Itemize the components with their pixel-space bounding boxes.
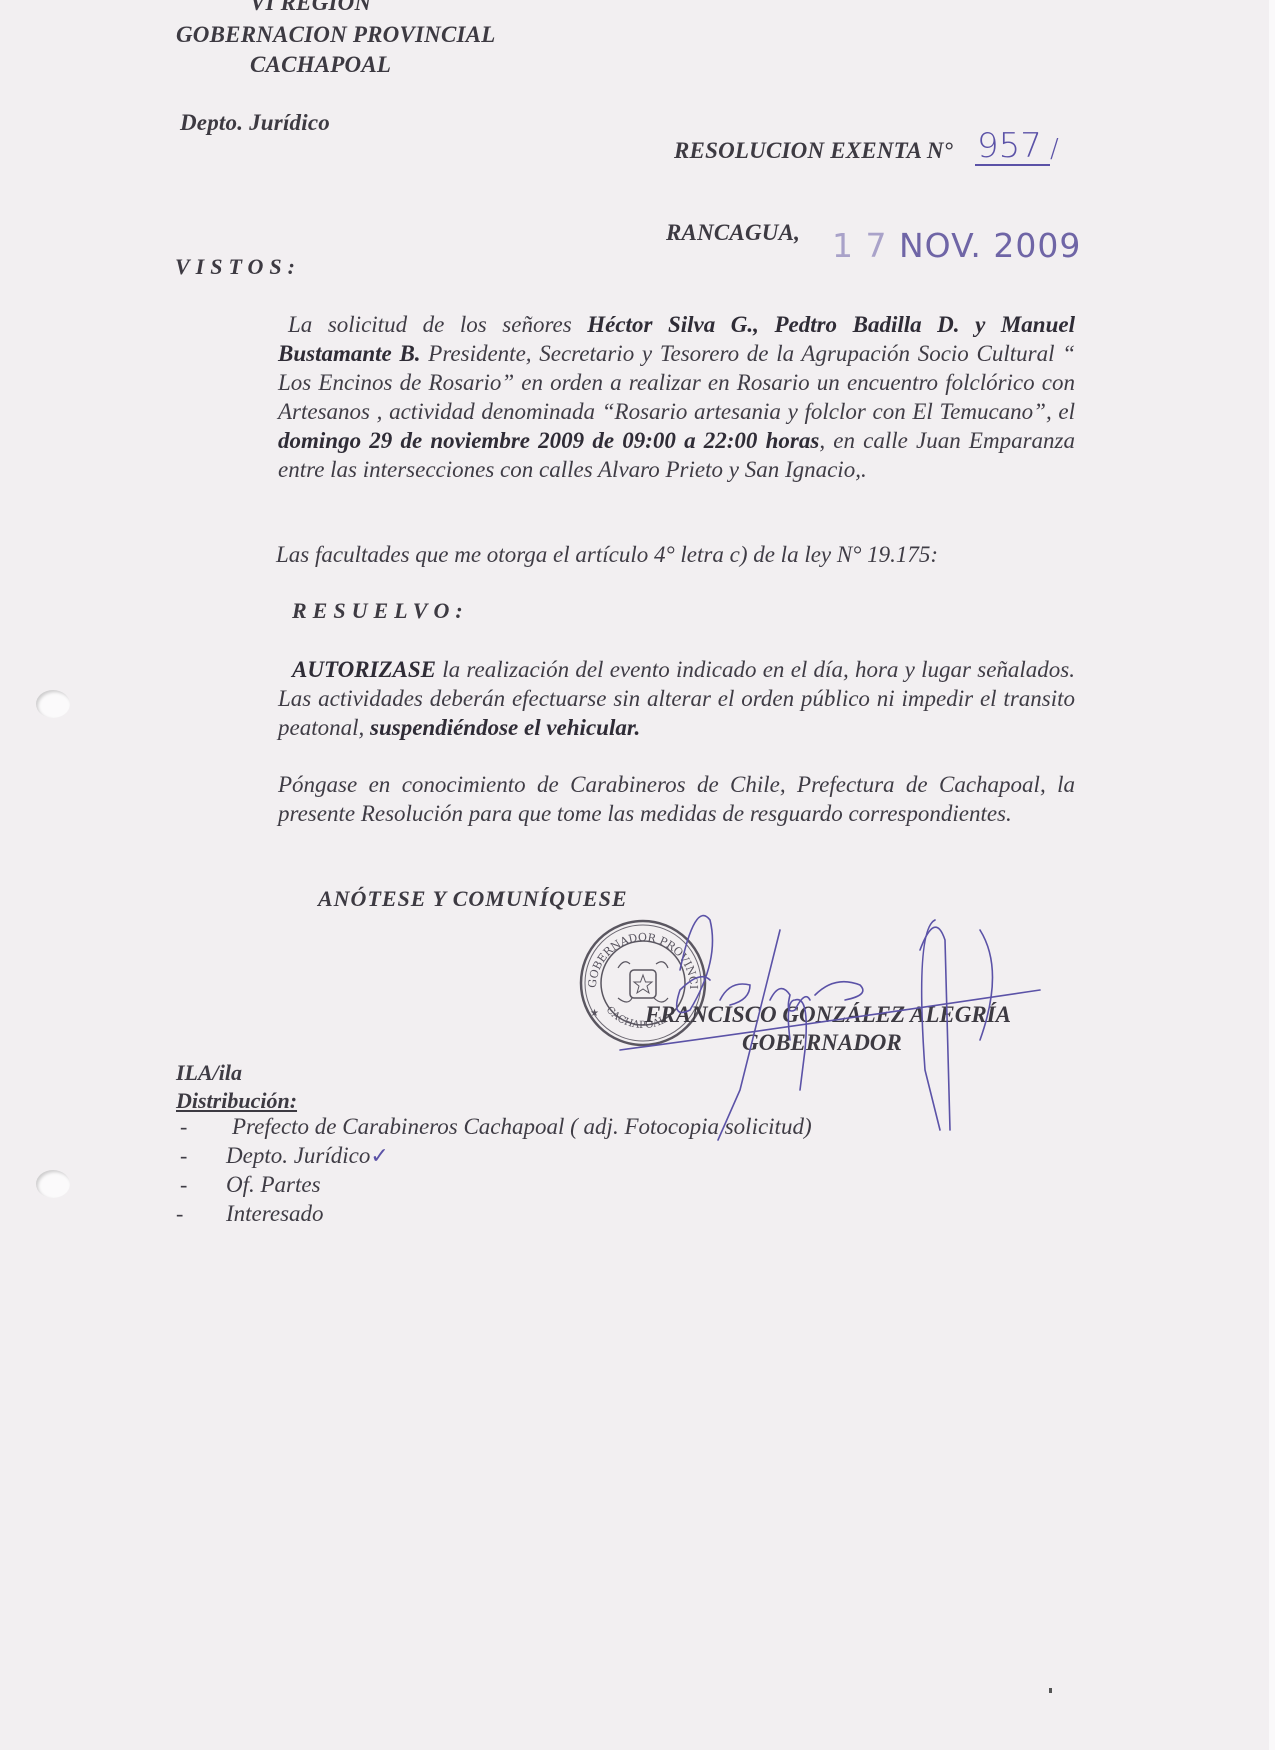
distribution-item: Depto. Jurídico✓ — [226, 1143, 389, 1169]
resolution-label: RESOLUCION EXENTA N° — [674, 138, 953, 164]
distribution-item: Of. Partes — [226, 1172, 321, 1198]
resuelvo-title: RESUELVO: — [292, 598, 469, 624]
event-date-time: domingo 29 de noviembre 2009 de 09:00 a … — [278, 428, 819, 453]
resolution-number-handwritten: 957 — [975, 128, 1050, 166]
closing-formula: ANÓTESE Y COMUNÍQUESE — [318, 886, 628, 912]
speck-mark — [1049, 1688, 1052, 1693]
page-edge — [1269, 0, 1275, 1750]
vistos-title: VISTOS: — [175, 254, 301, 280]
check-mark-icon: ✓ — [370, 1144, 388, 1169]
distribution-item-label: Depto. Jurídico — [226, 1143, 370, 1168]
resuelvo-paragraph-1: AUTORIZASE la realización del evento ind… — [278, 655, 1075, 742]
vistos-paragraph-1: La solicitud de los señores Héctor Silva… — [278, 310, 1075, 484]
distribution-title: Distribución: — [176, 1088, 297, 1114]
date-stamp-month-year: NOV. 2009 — [899, 226, 1081, 265]
initials: ILA/ila — [176, 1060, 242, 1086]
distribution-item: Interesado — [226, 1201, 324, 1227]
list-bullet: - — [180, 1143, 187, 1169]
list-bullet: - — [180, 1172, 187, 1198]
vehicle-suspension: suspendiéndose el vehicular. — [370, 715, 640, 740]
list-bullet: - — [180, 1114, 187, 1140]
typist-initials: ILA/ila — [176, 1060, 242, 1085]
header-office: GOBERNACION PROVINCIAL — [176, 22, 495, 48]
authorize-keyword: AUTORIZASE — [292, 657, 436, 682]
header-region: VI REGION — [250, 0, 371, 16]
handwritten-slash: / — [1050, 134, 1059, 164]
list-bullet: - — [176, 1201, 183, 1227]
vistos-paragraph-2: Las facultades que me otorga el artículo… — [276, 540, 1096, 569]
city-label: RANCAGUA, — [666, 220, 800, 246]
date-stamp: 1 7 NOV. 2009 — [832, 226, 1081, 265]
punch-hole-top — [36, 690, 70, 718]
header-province: CACHAPOAL — [250, 52, 391, 78]
vistos-intro: La solicitud de los señores — [288, 312, 587, 337]
svg-text:★: ★ — [590, 1008, 599, 1019]
distribution-item: Prefecto de Carabineros Cachapoal ( adj.… — [232, 1114, 812, 1140]
header-department: Depto. Jurídico — [180, 110, 330, 136]
punch-hole-bottom — [36, 1170, 70, 1198]
resuelvo-paragraph-2: Póngase en conocimiento de Carabineros d… — [278, 770, 1075, 828]
date-stamp-day: 1 7 — [832, 226, 887, 265]
